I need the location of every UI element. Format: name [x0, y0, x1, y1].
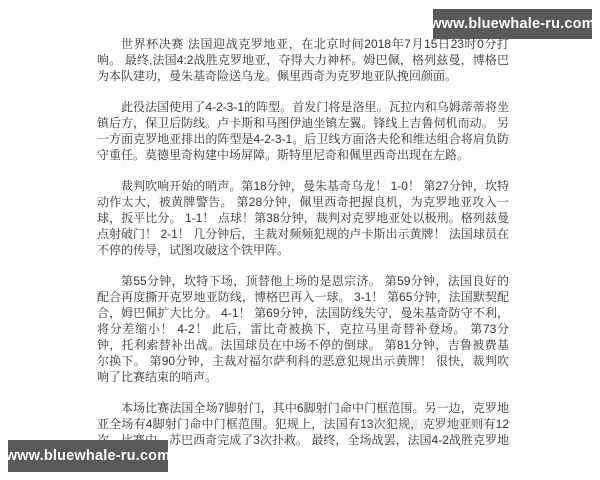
match-report-article: 世界杯决赛 法国迎战克罗地亚，在北京时间2018年7月15日23时0分打响。 最… [97, 36, 509, 479]
lineup-formation-paragraph: 此役法国使用了4-2-3-1的阵型。首发门将是洛里。瓦拉内和乌姆蒂蒂将坐镇后方，… [97, 99, 509, 163]
second-half-events-paragraph: 第55分钟，坎特下场，顶替他上场的是恩宗济。 第59分钟，法国良好的配合再度撕开… [97, 273, 509, 385]
watermark-box-top-right: www.bluewhale-ru.com [433, 9, 592, 39]
article-page: www.bluewhale-ru.com 世界杯决赛 法国迎战克罗地亚，在北京时… [0, 0, 600, 480]
watermark-box-bottom-left: www.bluewhale-ru.com [8, 440, 168, 472]
first-half-events-paragraph: 裁判吹响开始的哨声。第18分钟，曼朱基奇乌龙！ 1-0！ 第27分钟，坎特动作太… [97, 178, 509, 258]
match-intro-paragraph: 世界杯决赛 法国迎战克罗地亚，在北京时间2018年7月15日23时0分打响。 最… [97, 36, 509, 84]
watermark-site-url: www.bluewhale-ru.com [430, 16, 595, 32]
zhihu-author-watermark: 知乎 @不懂球的学妹HP [353, 415, 523, 435]
watermark-site-url: www.bluewhale-ru.com [6, 448, 171, 464]
